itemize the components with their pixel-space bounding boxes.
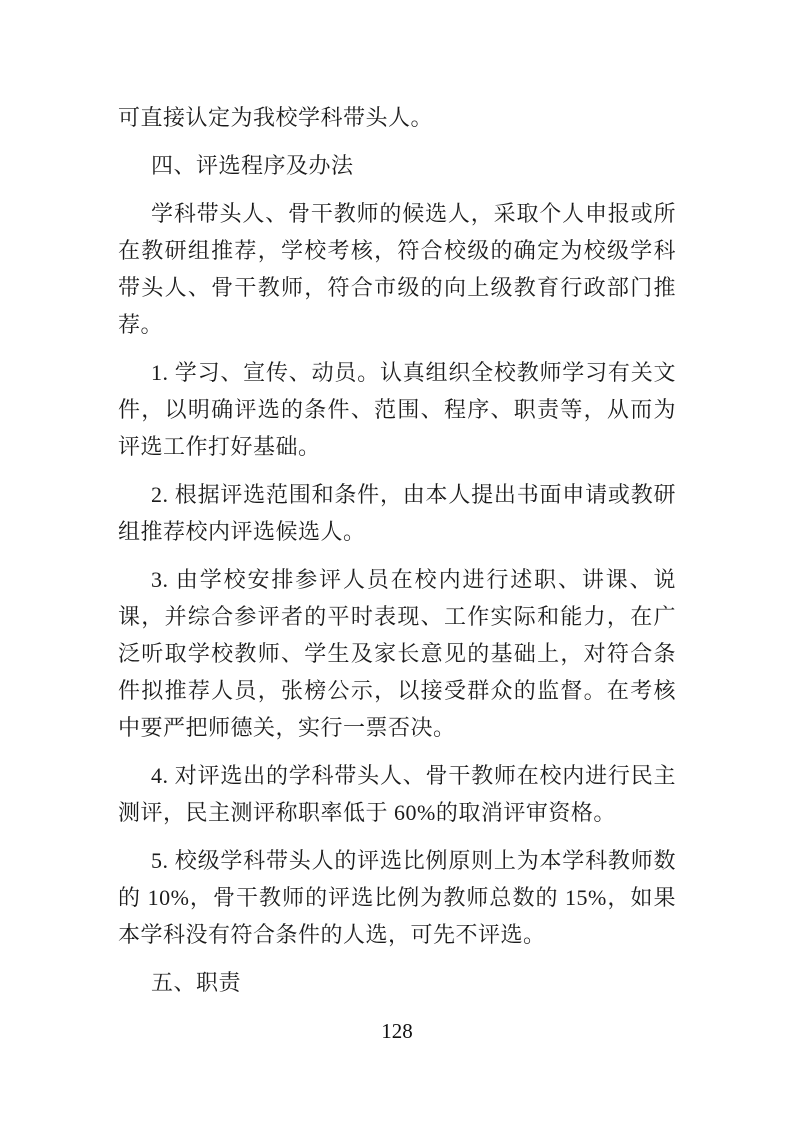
- document-body: 可直接认定为我校学科带头人。 四、评选程序及办法 学科带头人、骨干教师的候选人，…: [118, 99, 676, 1001]
- list-item-2: 2. 根据评选范围和条件，由本人提出书面申请或教研组推荐校内评选候选人。: [118, 476, 676, 550]
- list-item-5: 5. 校级学科带头人的评选比例原则上为本学科教师数的 10%，骨干教师的评选比例…: [118, 842, 676, 953]
- paragraph-candidates-intro: 学科带头人、骨干教师的候选人，采取个人申报或所在教研组推荐，学校考核，符合校级的…: [118, 195, 676, 343]
- document-page: 可直接认定为我校学科带头人。 四、评选程序及办法 学科带头人、骨干教师的候选人，…: [0, 0, 793, 1122]
- paragraph-continuation: 可直接认定为我校学科带头人。: [118, 99, 676, 136]
- section-heading-4: 四、评选程序及办法: [118, 147, 676, 184]
- page-number: 128: [381, 1019, 413, 1043]
- list-item-1: 1. 学习、宣传、动员。认真组织全校教师学习有关文件，以明确评选的条件、范围、程…: [118, 354, 676, 465]
- section-heading-5: 五、职责: [118, 964, 676, 1001]
- page-footer: 128: [118, 1013, 676, 1050]
- list-item-3: 3. 由学校安排参评人员在校内进行述职、讲课、说课，并综合参评者的平时表现、工作…: [118, 561, 676, 746]
- list-item-4: 4. 对评选出的学科带头人、骨干教师在校内进行民主测评，民主测评称职率低于 60…: [118, 757, 676, 831]
